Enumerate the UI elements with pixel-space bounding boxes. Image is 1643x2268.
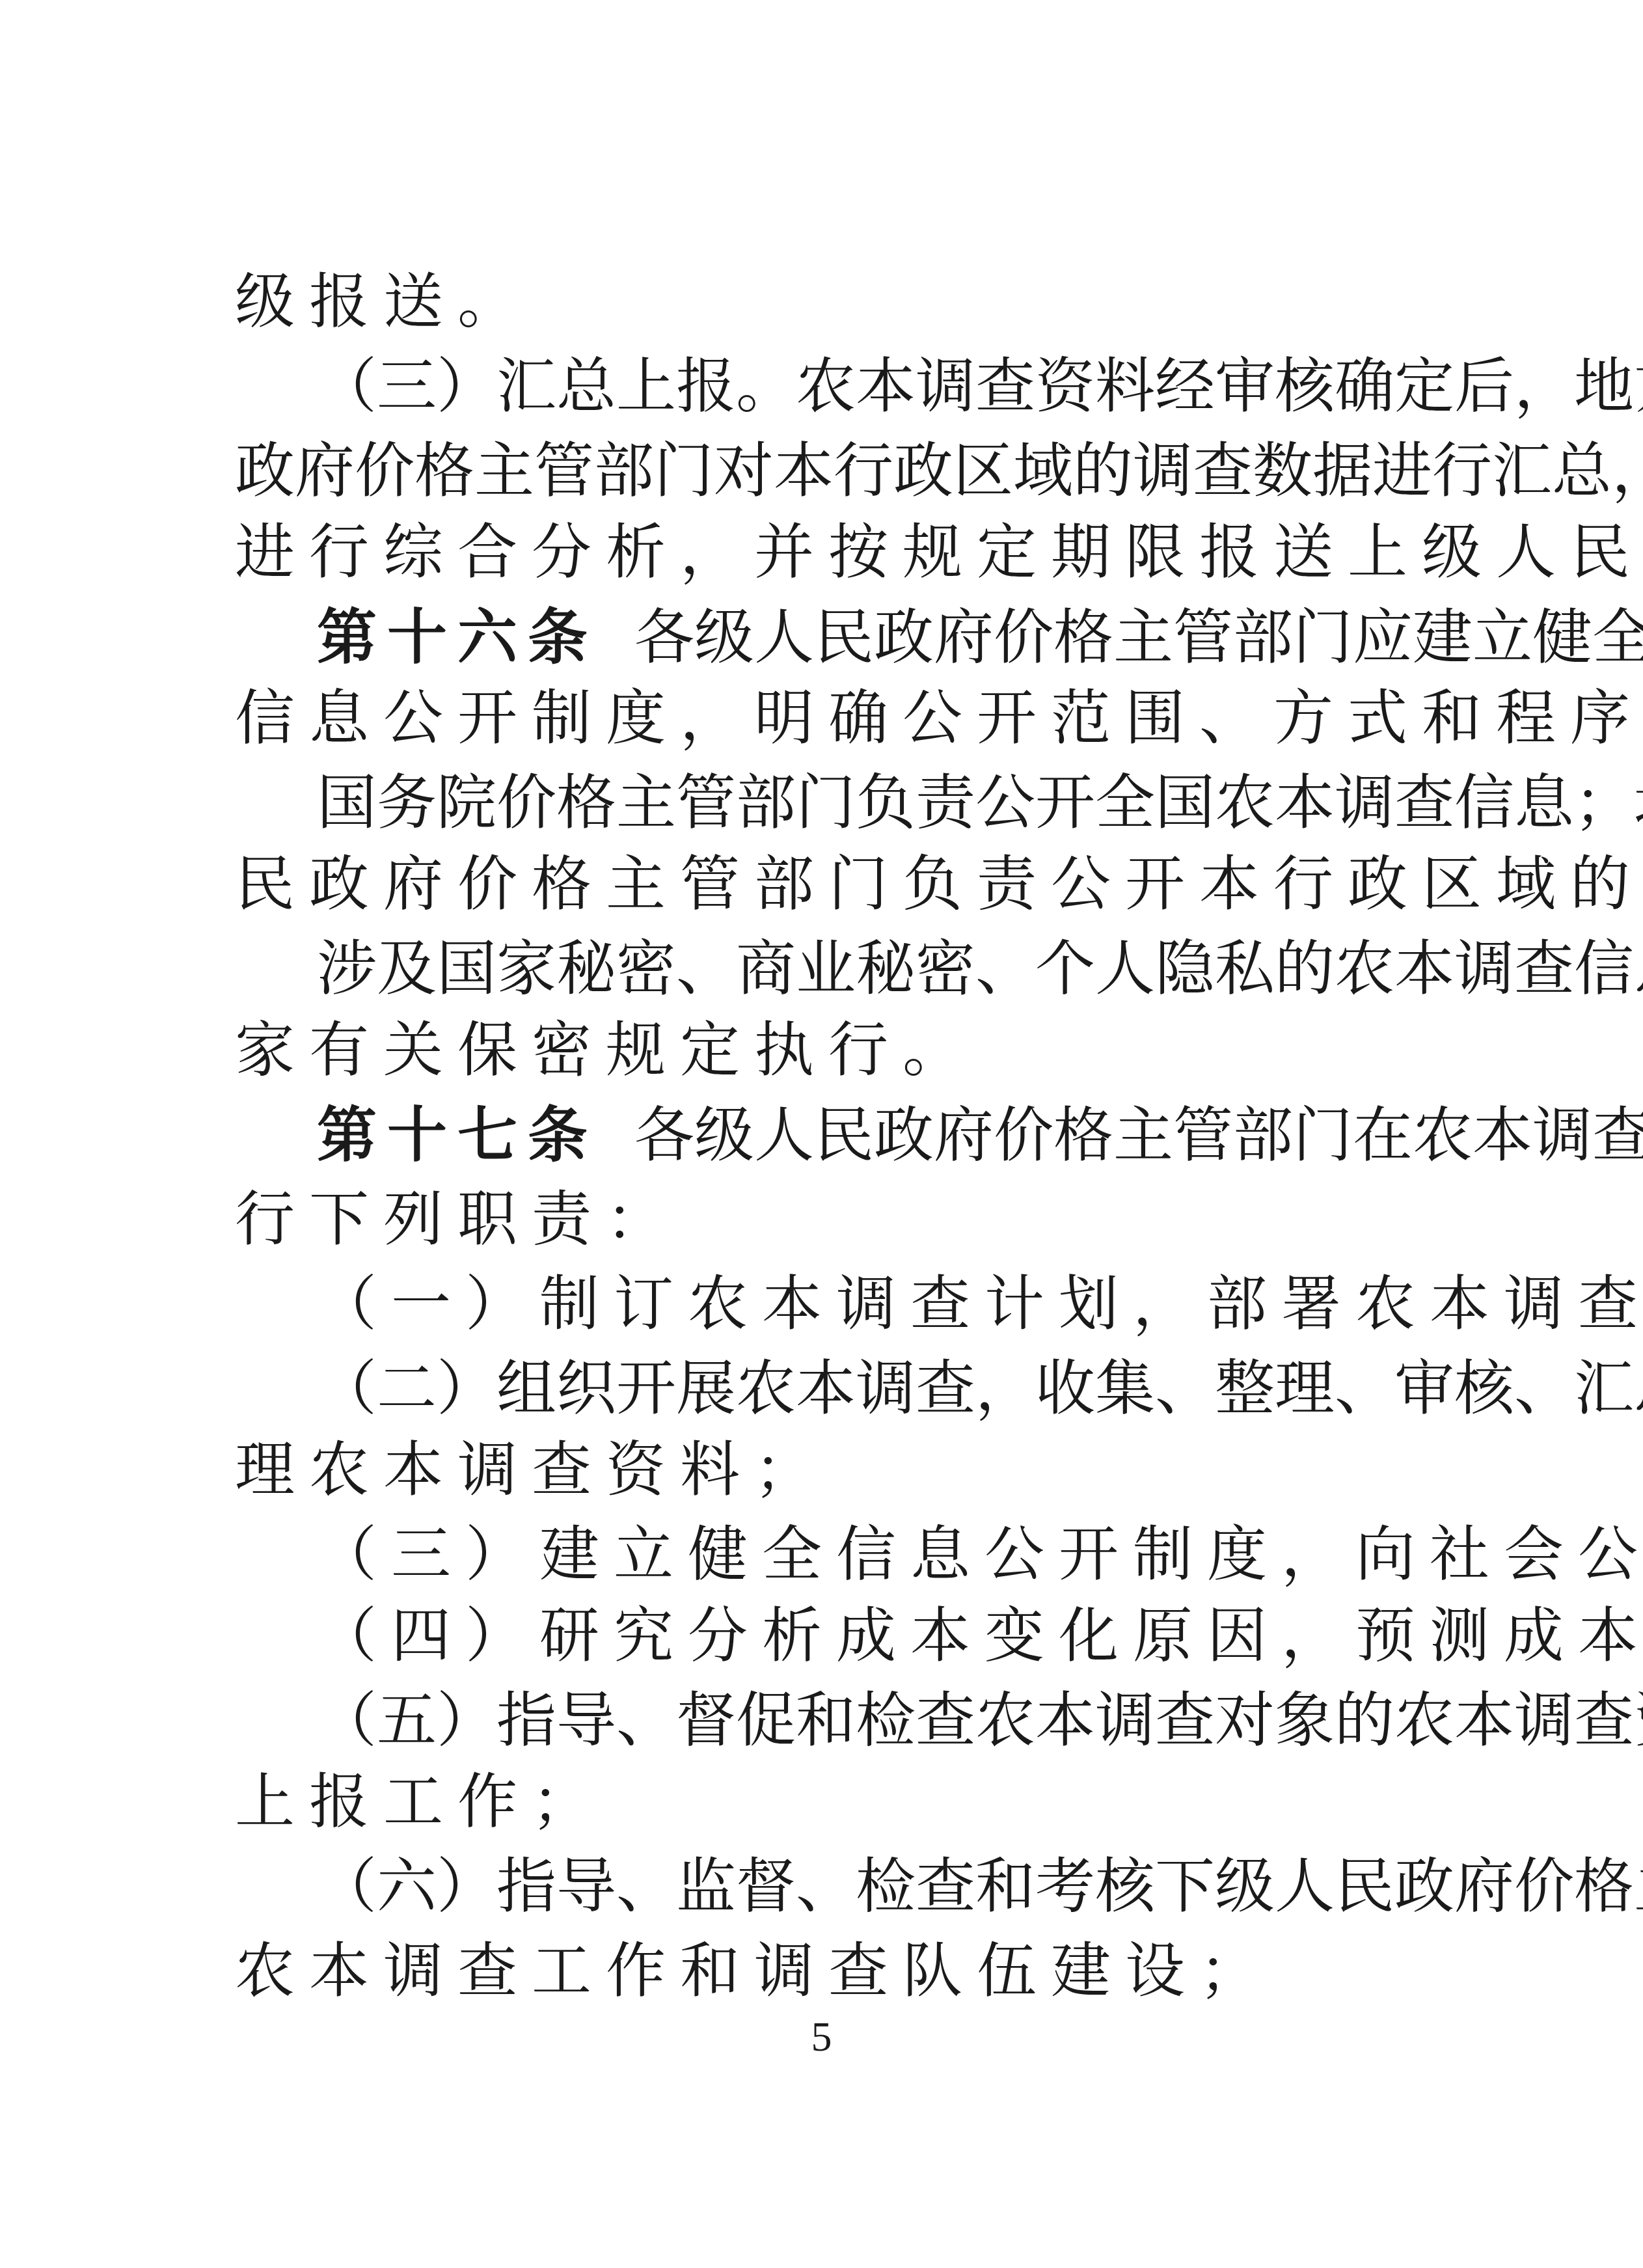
page-number: 5 (0, 2011, 1643, 2063)
text-line: 民政府价格主管部门负责公开本行政区域的农本调查信息。 (235, 843, 1406, 926)
text-line: 家有关保密规定执行。 (235, 1009, 1406, 1092)
line-text: 级报送。 (235, 267, 532, 336)
text-line: 农本调查工作和调查队伍建设； (235, 1930, 1406, 2013)
line-text: 政府价格主管部门对本行政区域的调查数据进行汇总，对调查情况 (235, 436, 1643, 506)
line-text: （三）建立健全信息公开制度，向社会公开农本调查信息； (317, 1520, 1643, 1589)
text-line: 国务院价格主管部门负责公开全国农本调查信息；地方各级人 (317, 761, 1406, 845)
line-text: 行下列职责： (235, 1184, 680, 1254)
article-heading-line: 第十七条各级人民政府价格主管部门在农本调查工作中履 (317, 1093, 1406, 1177)
line-text: 信息公开制度，明确公开范围、方式和程序。 (235, 683, 1643, 753)
line-text: （三）汇总上报。农本调查资料经审核确定后，地方各级人民 (317, 351, 1643, 421)
line-text: 理农本调查资料； (235, 1435, 828, 1505)
line-text: （六）指导、监督、检查和考核下级人民政府价格主管部门的 (317, 1851, 1643, 1921)
line-text: 家有关保密规定执行。 (235, 1015, 977, 1085)
line-text: （五）指导、督促和检查农本调查对象的农本调查资料登记和 (317, 1686, 1643, 1755)
text-line: 行下列职责： (235, 1178, 1406, 1261)
line-text: 各级人民政府价格主管部门在农本调查工作中履 (634, 1100, 1643, 1170)
line-text: 农本调查工作和调查队伍建设； (235, 1936, 1273, 2006)
text-line: 进行综合分析，并按规定期限报送上级人民政府价格主管部门。 (235, 511, 1406, 594)
line-text: （一）制订农本调查计划，部署农本调查工作； (317, 1269, 1643, 1339)
article-number: 第十六条 (317, 602, 598, 672)
text-line: （二）组织开展农本调查，收集、整理、审核、汇总上报和管 (317, 1347, 1406, 1430)
text-line: （三）汇总上报。农本调查资料经审核确定后，地方各级人民 (317, 345, 1406, 428)
line-text: 涉及国家秘密、商业秘密、个人隐私的农本调查信息，按照国 (317, 934, 1643, 1004)
text-line: （一）制订农本调查计划，部署农本调查工作； (317, 1263, 1406, 1346)
text-line: 理农本调查资料； (235, 1428, 1406, 1512)
line-text: 国务院价格主管部门负责公开全国农本调查信息；地方各级人 (317, 768, 1643, 838)
text-line: 涉及国家秘密、商业秘密、个人隐私的农本调查信息，按照国 (317, 927, 1406, 1011)
line-text: 进行综合分析，并按规定期限报送上级人民政府价格主管部门。 (235, 517, 1643, 587)
text-line: 信息公开制度，明确公开范围、方式和程序。 (235, 677, 1406, 760)
text-line: 政府价格主管部门对本行政区域的调查数据进行汇总，对调查情况 (235, 430, 1406, 513)
line-text: 民政府价格主管部门负责公开本行政区域的农本调查信息。 (235, 849, 1643, 919)
article-number: 第十七条 (317, 1100, 598, 1170)
text-line: （三）建立健全信息公开制度，向社会公开农本调查信息； (317, 1513, 1406, 1596)
text-line: （四）研究分析成本变化原因，预测成本变动趋势； (317, 1594, 1406, 1678)
line-text: （四）研究分析成本变化原因，预测成本变动趋势； (317, 1601, 1643, 1671)
text-line: （五）指导、督促和检查农本调查对象的农本调查资料登记和 (317, 1679, 1406, 1762)
text-line: （六）指导、监督、检查和考核下级人民政府价格主管部门的 (317, 1845, 1406, 1928)
line-text: 各级人民政府价格主管部门应建立健全农本调查 (634, 603, 1643, 672)
line-text: 上报工作； (235, 1767, 606, 1837)
article-heading-line: 第十六条各级人民政府价格主管部门应建立健全农本调查 (317, 595, 1406, 679)
text-line: 上报工作； (235, 1760, 1406, 1844)
line-text: （二）组织开展农本调查，收集、整理、审核、汇总上报和管 (317, 1354, 1643, 1423)
text-line: 级报送。 (235, 260, 1406, 344)
